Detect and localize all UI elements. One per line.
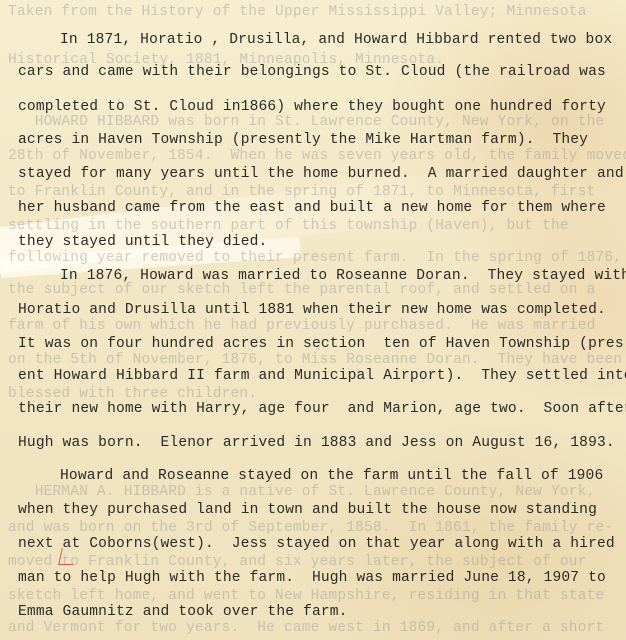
bleed-line: on the 5th of November, 1876, to Miss Ro…	[8, 352, 622, 368]
bleed-line: blessed with three children.	[8, 386, 257, 402]
bleed-line: sketch left home, and went to New Hampsh…	[8, 588, 604, 604]
text-line: their new home with Harry, age four and …	[18, 401, 626, 417]
text-line: they stayed until they died.	[18, 234, 267, 250]
bleed-line: the subject of our sketch left the paren…	[8, 282, 596, 298]
text-line: ent Howard Hibbard II farm and Municipal…	[18, 368, 626, 384]
text-line: cars and came with their belongings to S…	[18, 64, 606, 80]
text-line: Hugh was born. Elenor arrived in 1883 an…	[18, 435, 615, 451]
bleed-line: Taken from the History of the Upper Miss…	[8, 4, 587, 20]
text-line: Howard and Roseanne stayed on the farm u…	[60, 468, 603, 484]
text-line: acres in Haven Township (presently the M…	[18, 132, 588, 148]
bleed-line: HOWARD HIBBARD was born in St. Lawrence …	[8, 114, 604, 130]
text-line: Emma Gaumnitz and took over the farm.	[18, 604, 348, 620]
text-line: man to help Hugh with the farm. Hugh was…	[18, 570, 606, 586]
bleed-line: 28th of November, 1854. When he was seve…	[8, 148, 626, 164]
text-line: next at Coborns(west). Jess stayed on th…	[18, 536, 615, 552]
text-line: In 1876, Howard was married to Roseanne …	[60, 268, 626, 284]
bleed-line: and Vermont for two years. He came west …	[8, 620, 604, 636]
text-line: when they purchased land in town and bui…	[18, 502, 597, 518]
text-line: her husband came from the east and built…	[18, 200, 606, 216]
bleed-line: farm of his own which he had previously …	[8, 318, 596, 334]
bleed-line: moved to Franklin County, and six years …	[8, 554, 587, 570]
bleed-line: settling in the southern part of this to…	[8, 218, 569, 234]
bleed-line: and was born on the 3rd of September, 18…	[8, 520, 613, 536]
text-line: Horatio and Drusilla until 1881 when the…	[18, 302, 606, 318]
text-line: completed to St. Cloud in1866) where the…	[18, 99, 606, 115]
bleed-line: to Franklin County, and in the spring of…	[8, 184, 596, 200]
text-line: It was on four hundred acres in section …	[18, 336, 626, 352]
bleed-line: HERMAN A. HIBBARD is a native of St. Law…	[8, 484, 596, 500]
bleed-line: following year removed to their present …	[8, 250, 622, 266]
text-line: In 1871, Horatio , Drusilla, and Howard …	[60, 32, 612, 48]
text-line: stayed for many years until the home bur…	[18, 166, 624, 182]
